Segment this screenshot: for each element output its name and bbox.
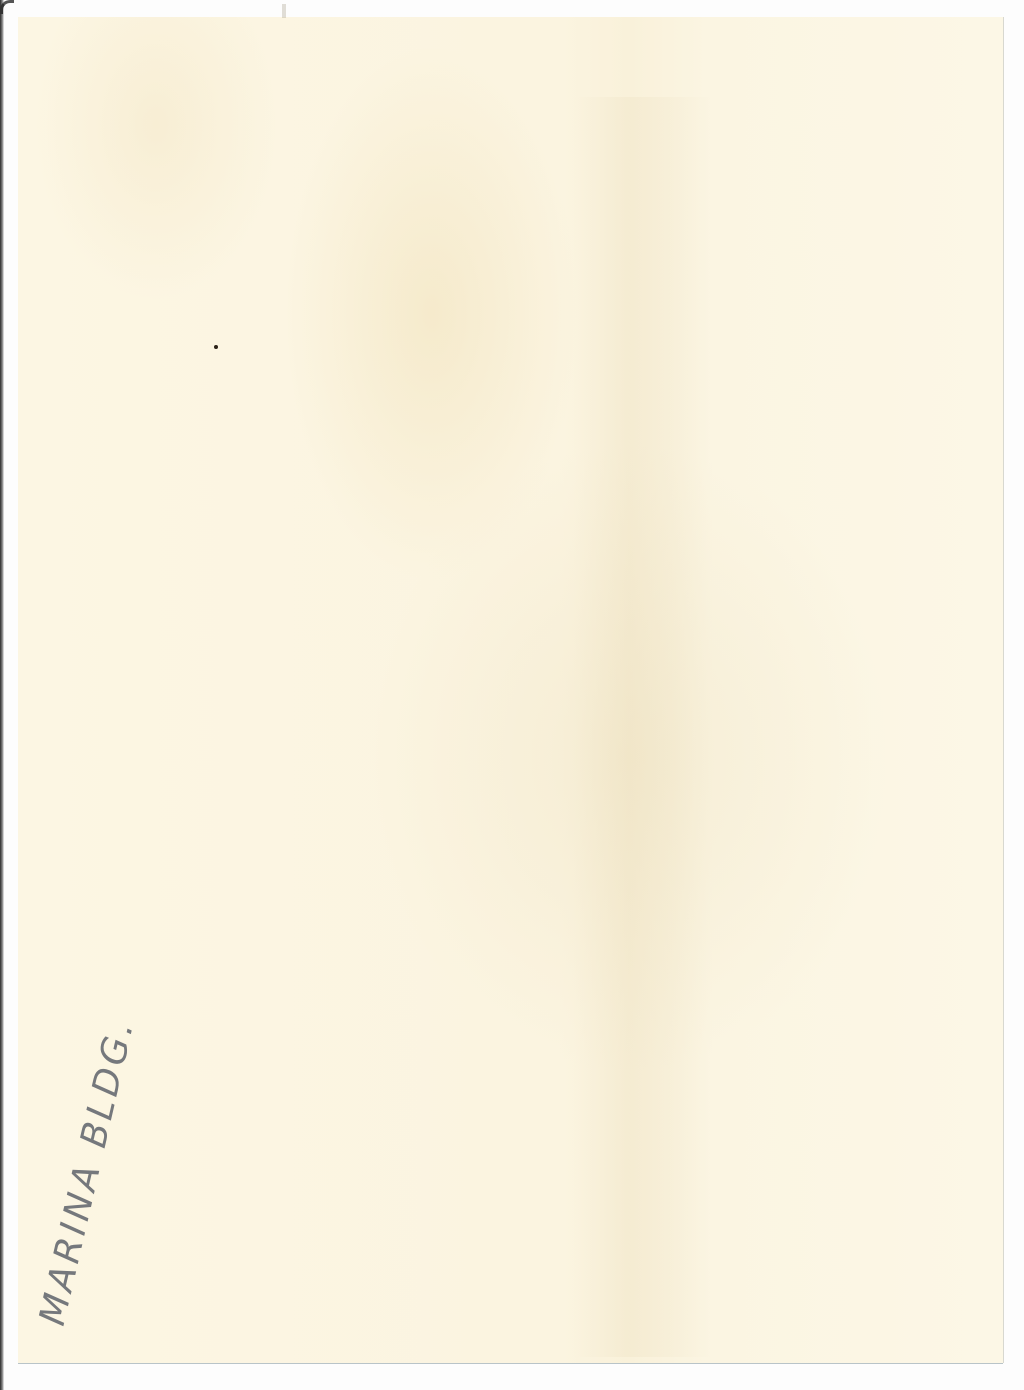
scanner-corner [0,0,14,14]
paper-discoloration [573,97,713,1357]
paper-sheet [18,17,1003,1363]
scanner-edge [0,0,4,1390]
scan-background: MARINA BLDG. [0,0,1024,1390]
paper-mark [282,4,286,18]
dust-speck [214,345,218,349]
